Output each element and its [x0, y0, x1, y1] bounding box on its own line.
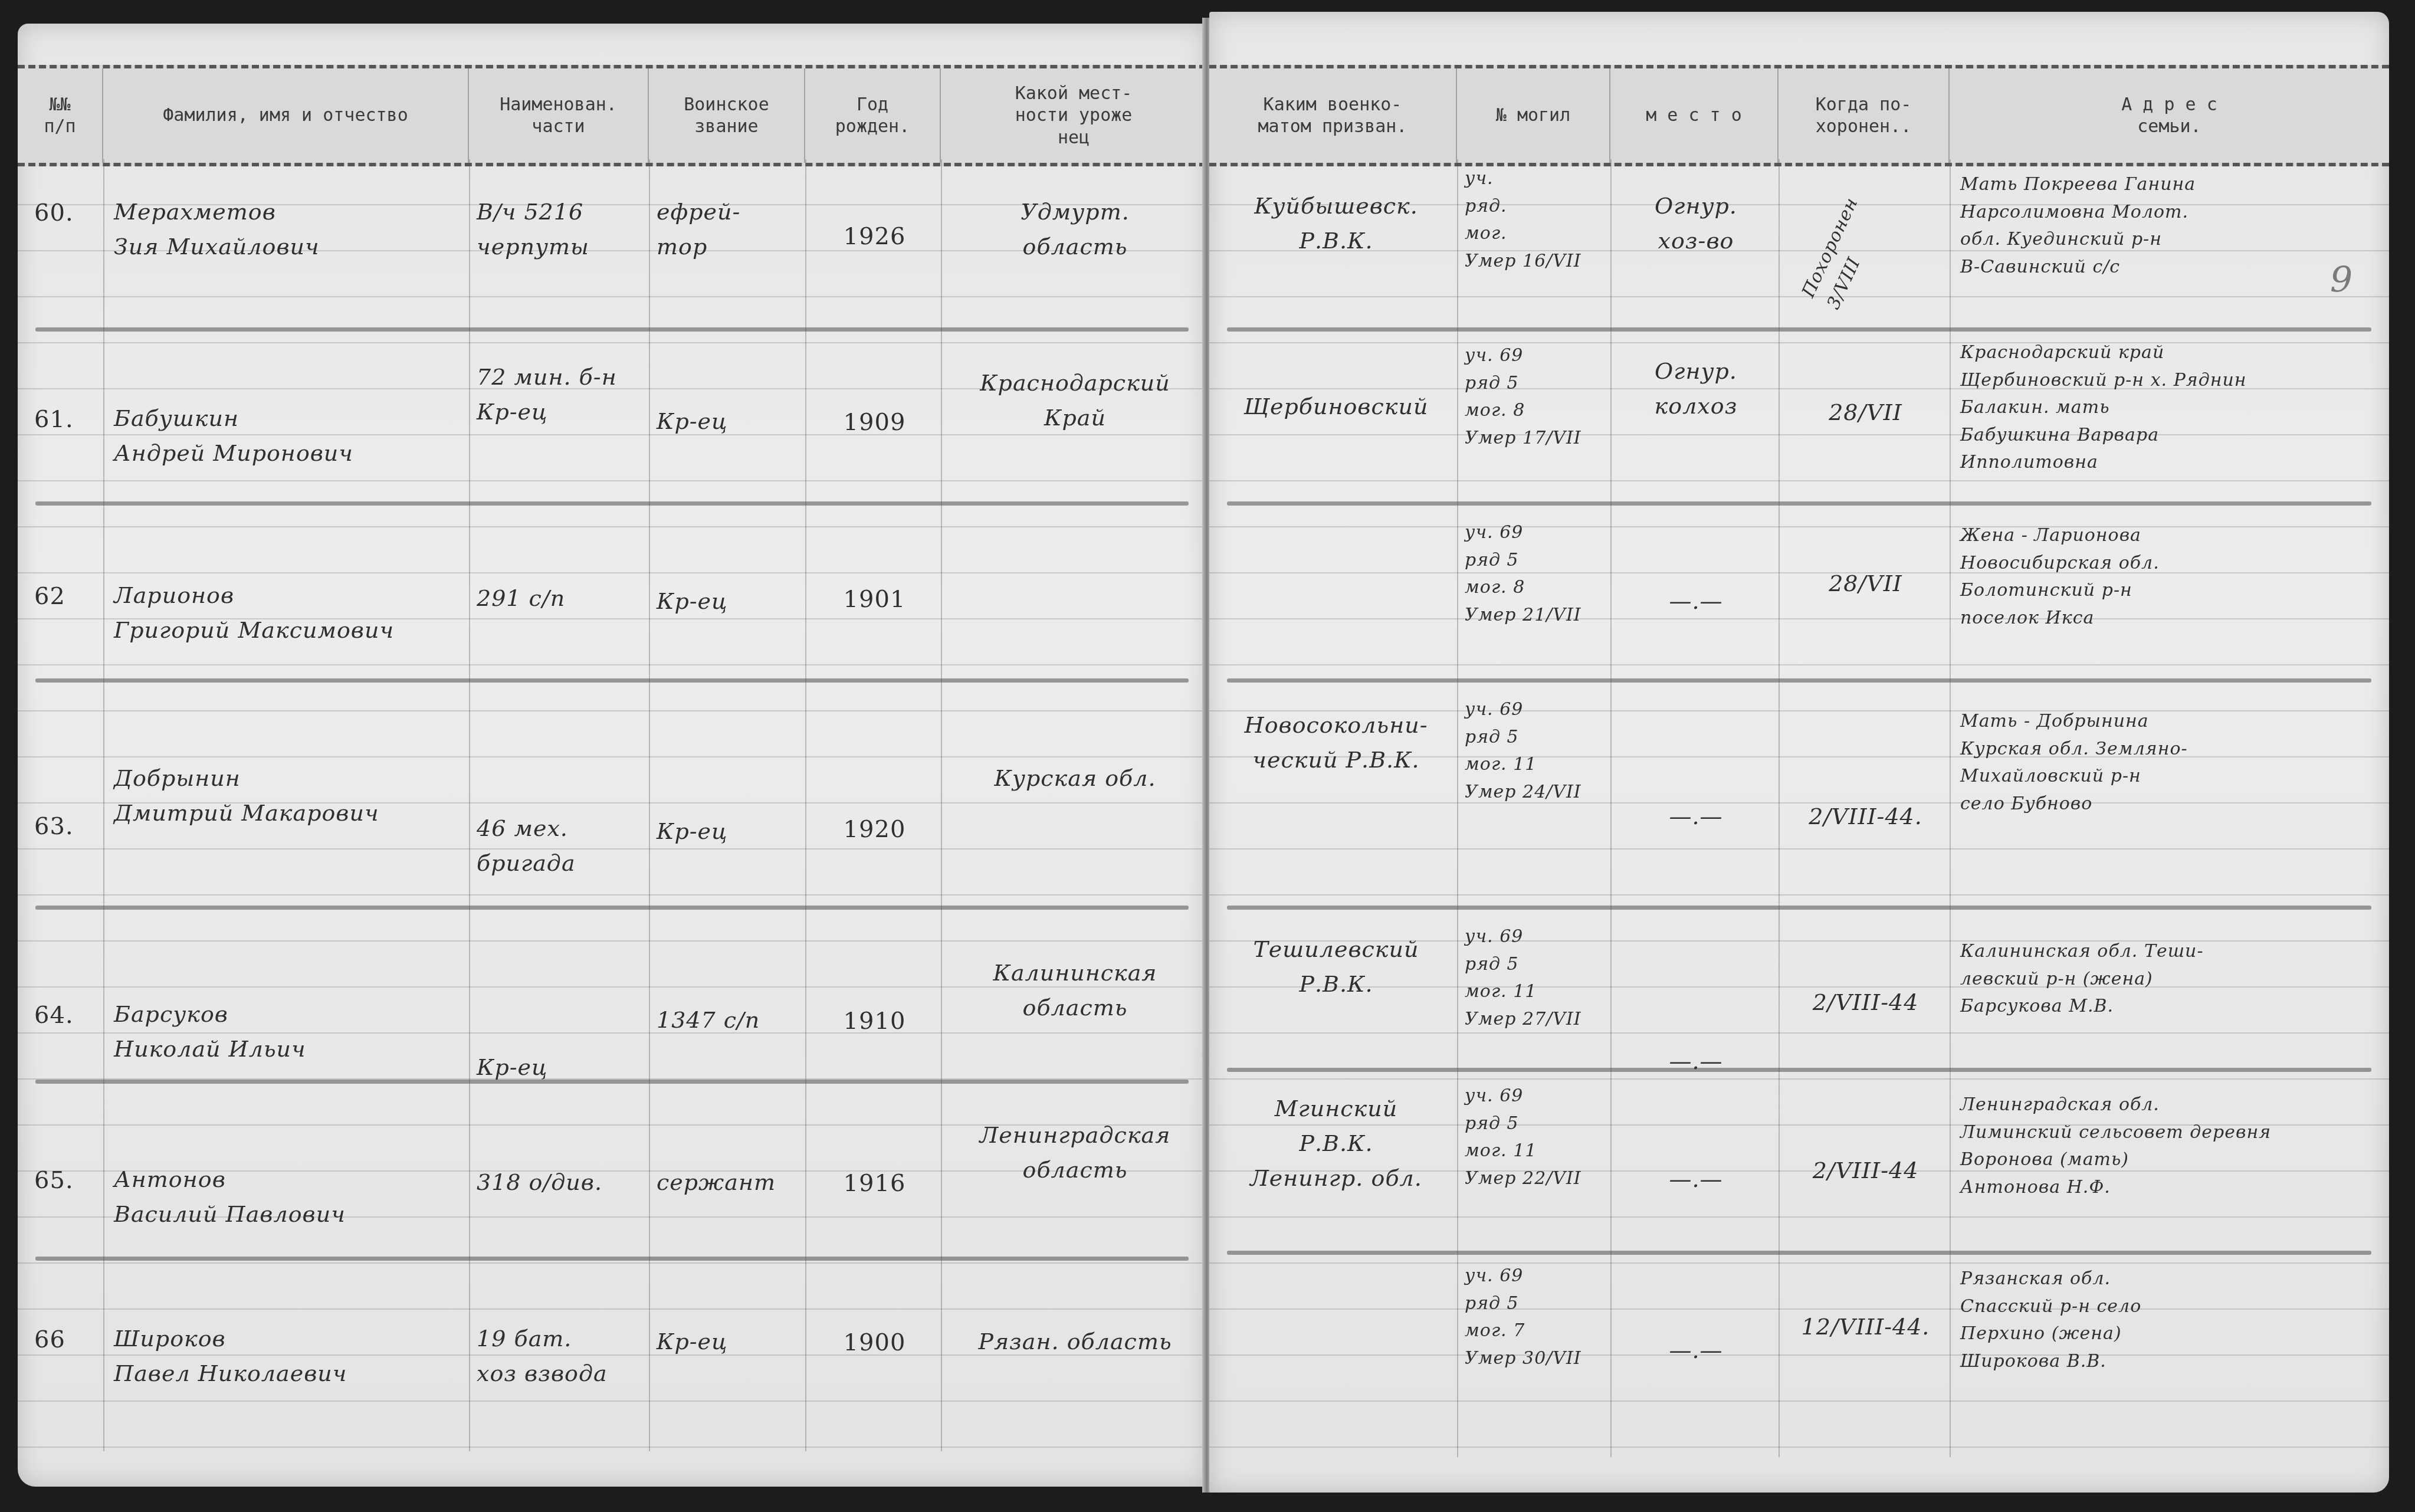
entry-name: Ларионов Григорий Максимович — [109, 578, 469, 648]
row-separator — [1227, 327, 2371, 332]
column-divider — [1457, 159, 1458, 1457]
column-divider — [1779, 159, 1780, 1457]
header-grave: № могил — [1457, 68, 1610, 163]
entry-number: 63. — [29, 808, 103, 845]
entry-place: —.— — [1613, 1162, 1779, 1197]
row-separator — [1227, 678, 2371, 683]
column-divider — [1610, 159, 1612, 1457]
header-unit: Наименован. части — [469, 68, 649, 163]
entry-buried: 12/VIII-44. — [1781, 1310, 1950, 1344]
entry-origin: Калининская область — [944, 956, 1206, 1025]
entry-name: Добрынин Дмитрий Макарович — [109, 761, 469, 831]
entry-rank: сержант — [652, 1165, 805, 1200]
entry-name: Антонов Василий Павлович — [109, 1162, 469, 1232]
entry-draft: Мгинский Р.В.К. Ленингр. обл. — [1215, 1091, 1457, 1196]
row-separator — [35, 1257, 1189, 1261]
entry-family: Мать Покреева Ганина Нарсолимовна Молот.… — [1955, 171, 2380, 281]
entry-draft: Тешилевский Р.В.К. — [1215, 932, 1457, 1002]
column-divider — [1950, 159, 1951, 1457]
entry-buried: 28/VII — [1781, 395, 1950, 430]
row-separator — [1227, 1251, 2371, 1255]
entry-unit: В/ч 5216 черпуты — [472, 195, 649, 264]
entry-year: 1900 — [808, 1324, 941, 1361]
header-family: А д р е с семьи. — [1950, 68, 2389, 163]
entry-family: Рязанская обл. Спасский р-н село Перхино… — [1955, 1265, 2380, 1375]
entry-rank: 1347 с/п — [652, 1003, 805, 1038]
entry-grave: уч. 69 ряд 5 мог. 8 Умер 17/VII — [1460, 342, 1610, 452]
entry-rank: Кр-ец — [652, 404, 805, 439]
entry-place: —.— — [1613, 1333, 1779, 1368]
entry-year: 1926 — [808, 218, 941, 255]
entry-draft: Щербиновский — [1215, 389, 1457, 424]
entry-grave: уч. 69 ряд 5 мог. 7 Умер 30/VII — [1460, 1262, 1610, 1372]
header-place: м е с т о — [1610, 68, 1779, 163]
entry-rank: Кр-ец — [652, 584, 805, 619]
entry-unit: 72 мин. б-н Кр-ец — [472, 360, 649, 429]
entry-family: Мать - Добрынина Курская обл. Земляно- М… — [1955, 708, 2380, 818]
header-origin: Какой мест- ности уроже нец — [941, 68, 1206, 163]
entry-grave: уч. 69 ряд 5 мог. 11 Умер 24/VII — [1460, 696, 1610, 806]
entry-number: 61. — [29, 401, 103, 438]
entry-family: Краснодарский край Щербиновский р-н х. Р… — [1955, 339, 2380, 477]
entry-buried: 2/VIII-44 — [1781, 985, 1950, 1020]
entry-place: Огнур. колхоз — [1613, 354, 1779, 424]
right-header: Каким военко- матом призван. № могил м е… — [1209, 65, 2389, 166]
entry-number: 66 — [29, 1321, 103, 1358]
header-rank: Воинское звание — [649, 68, 805, 163]
entry-family: Ленинградская обл. Лиминский сельсовет д… — [1955, 1091, 2380, 1201]
entry-unit: Кр-ец — [472, 1050, 649, 1085]
entry-year: 1916 — [808, 1165, 941, 1202]
entry-year: 1920 — [808, 811, 941, 848]
entry-unit: 291 с/п — [472, 581, 649, 616]
entry-place: —.— — [1613, 584, 1779, 619]
entry-year: 1909 — [808, 404, 941, 441]
entry-place: —.— — [1613, 1044, 1779, 1079]
entry-unit: 19 бат. хоз взвода — [472, 1321, 649, 1391]
entry-name: Барсуков Николай Ильич — [109, 997, 469, 1067]
entry-draft: Куйбышевск. Р.В.К. — [1215, 189, 1457, 258]
entry-buried: 28/VII — [1781, 566, 1950, 601]
entry-number: 64. — [29, 997, 103, 1034]
entry-draft: Новосокольни- ческий Р.В.К. — [1215, 708, 1457, 778]
entry-origin: Ленинградская область — [944, 1118, 1206, 1188]
entry-origin: Краснодарский Край — [944, 366, 1206, 435]
entry-origin: Курская обл. — [944, 761, 1206, 796]
entry-year: 1910 — [808, 1003, 941, 1039]
entry-place: —.— — [1613, 799, 1779, 834]
row-separator — [35, 501, 1189, 506]
entry-family: Жена - Ларионова Новосибирская обл. Боло… — [1955, 522, 2380, 632]
entry-rank: Кр-ец — [652, 814, 805, 849]
entry-buried: 2/VIII-44 — [1781, 1153, 1950, 1188]
entry-number: 62 — [29, 578, 103, 615]
entry-place: Огнур. хоз-во — [1613, 189, 1779, 258]
entry-name: Бабушкин Андрей Миронович — [109, 401, 469, 471]
row-separator — [35, 678, 1189, 683]
entry-name: Широков Павел Николаевич — [109, 1321, 469, 1391]
header-name: Фамилия, имя и отчество — [103, 68, 469, 163]
entry-grave: уч. 69 ряд 5 мог. 11 Умер 22/VII — [1460, 1083, 1610, 1192]
header-year: Год рожден. — [805, 68, 941, 163]
left-header: №№ п/п Фамилия, имя и отчество Наименова… — [18, 65, 1206, 166]
entry-buried: 2/VIII-44. — [1781, 799, 1950, 834]
entry-year: 1901 — [808, 581, 941, 618]
entry-grave: уч. ряд. мог. Умер 16/VII — [1460, 165, 1610, 275]
row-separator — [35, 327, 1189, 332]
header-num: №№ п/п — [18, 68, 103, 163]
entry-origin: Удмурт. область — [944, 195, 1206, 264]
header-draft: Каким военко- матом призван. — [1209, 68, 1457, 163]
entry-rank: Кр-ец — [652, 1324, 805, 1359]
row-separator — [35, 906, 1189, 910]
entry-rank: ефрей- тор — [652, 195, 805, 264]
entry-number: 65. — [29, 1162, 103, 1199]
entry-unit: 318 о/див. — [472, 1165, 649, 1200]
entry-grave: уч. 69 ряд 5 мог. 8 Умер 21/VII — [1460, 519, 1610, 629]
entry-name: Мерахметов Зия Михайлович — [109, 195, 469, 264]
entry-unit: 46 мех. бригада — [472, 811, 649, 881]
entry-number: 60. — [29, 195, 103, 231]
entry-origin: Рязан. область — [944, 1324, 1206, 1359]
row-separator — [1227, 906, 2371, 910]
entry-family: Калининская обл. Теши- левский р-н (жена… — [1955, 938, 2380, 1021]
left-page: №№ п/п Фамилия, имя и отчество Наименова… — [18, 24, 1206, 1487]
right-page: Каким военко- матом призван. № могил м е… — [1209, 12, 2389, 1493]
row-separator — [1227, 501, 2371, 506]
entry-grave: уч. 69 ряд 5 мог. 11 Умер 27/VII — [1460, 923, 1610, 1033]
row-separator — [1227, 1068, 2371, 1072]
